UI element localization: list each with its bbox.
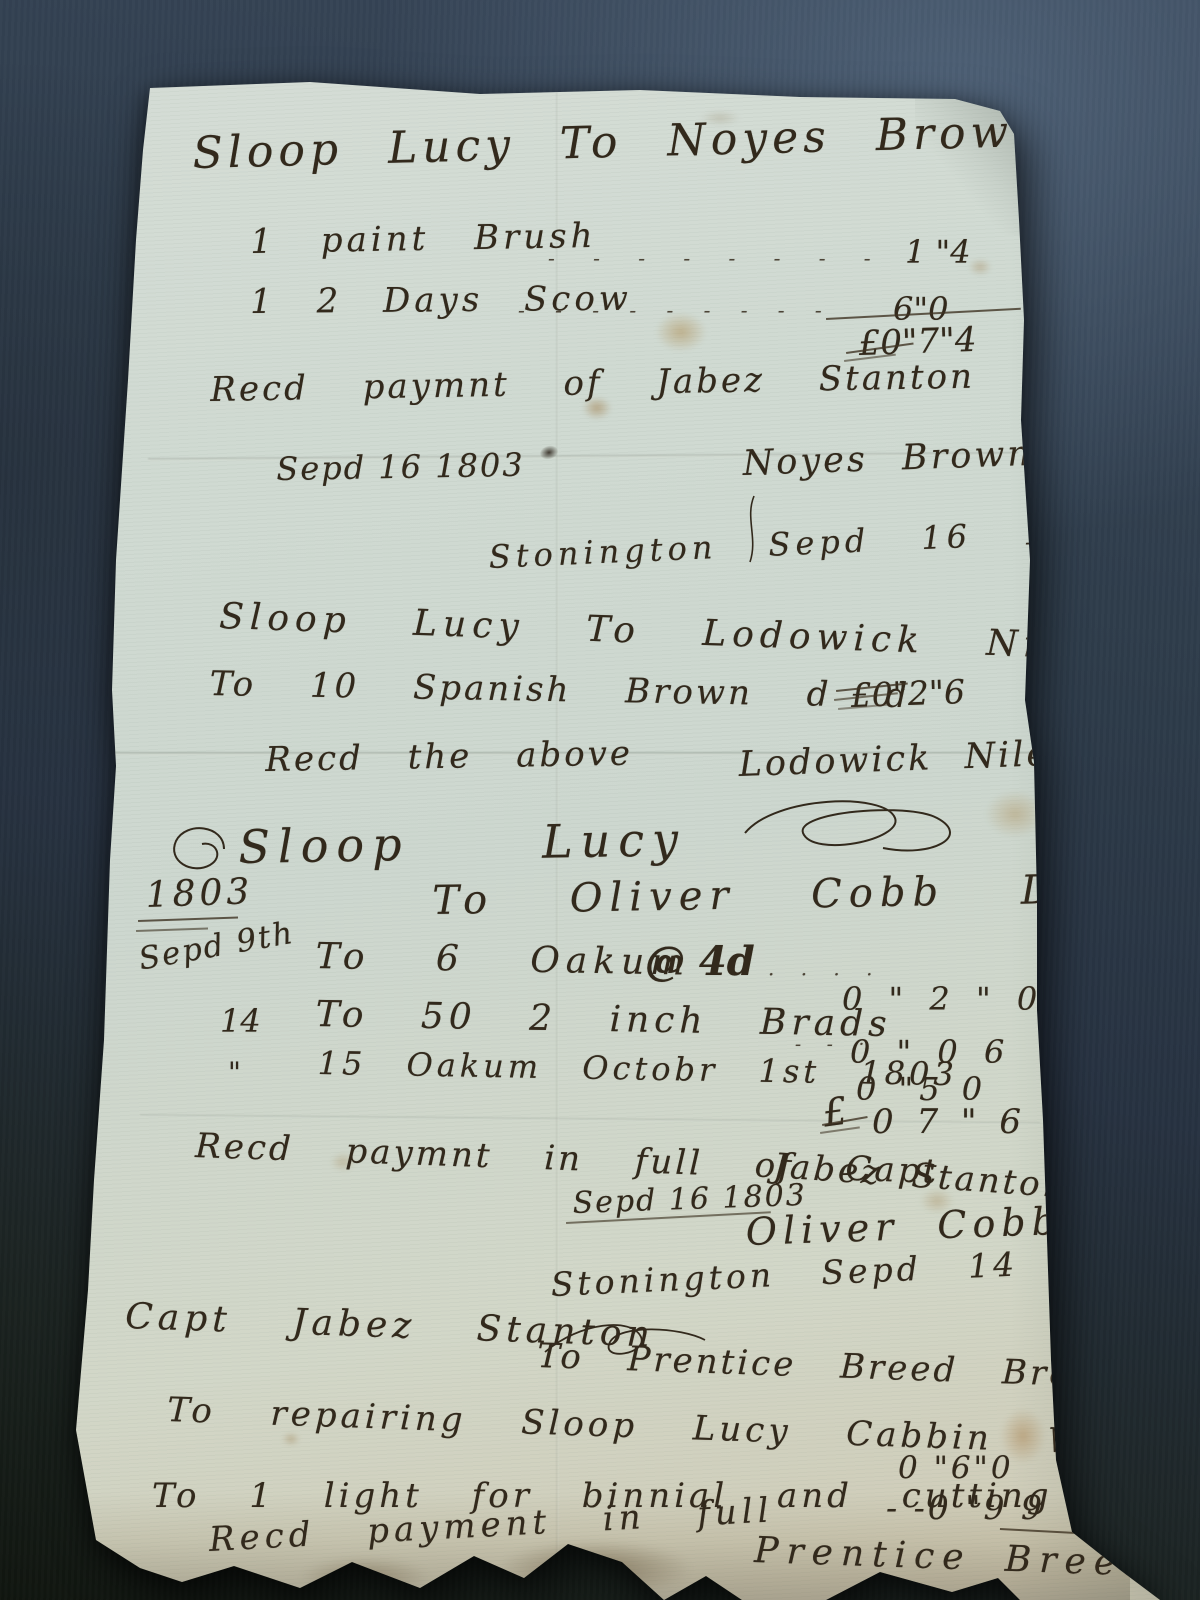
cobb-row1-rate: @ 4d <box>645 938 755 985</box>
bill-cobb-year: 1803 <box>145 871 254 916</box>
paper-shadow-wrap: Sloop Lucy To Noyes Brown Dr 1 paint Bru… <box>0 0 1200 1600</box>
bill-niles-receipt: Recd the above <box>265 734 633 780</box>
bill-niles-amount: £0"2"6 <box>850 672 966 715</box>
bill-noyes-date: Sepd 16 1803 <box>276 446 525 488</box>
stain <box>968 258 992 276</box>
signature-flourish-icon <box>735 788 985 866</box>
bill-cobb-total: 0 7 " 6 <box>872 1102 1027 1142</box>
bill-noyes-amount-1: 1 "4 <box>905 233 971 271</box>
manuscript-paper: Sloop Lucy To Noyes Brown Dr 1 paint Bru… <box>0 0 1200 1600</box>
dash-leader: - - - - - - - - - <box>548 246 932 270</box>
dash-leader: - - - - - - - - - <box>518 298 834 322</box>
photo-of-manuscript: Sloop Lucy To Noyes Brown Dr 1 paint Bru… <box>0 0 1200 1600</box>
cobb-row3-date-ditto: " <box>228 1056 241 1089</box>
stain <box>985 790 1045 838</box>
spiral-flourish-icon <box>158 815 236 879</box>
cobb-row2-date: 14 <box>220 1002 261 1040</box>
bill-noyes-item-1: 1 paint Brush <box>250 216 597 262</box>
bill-cobb-vessel: Sloop Lucy <box>238 812 686 874</box>
bill-breed-amount-2: - -0 "9 9 <box>886 1488 1045 1527</box>
cobb-row1-desc: To 6 Oakum <box>315 936 690 984</box>
